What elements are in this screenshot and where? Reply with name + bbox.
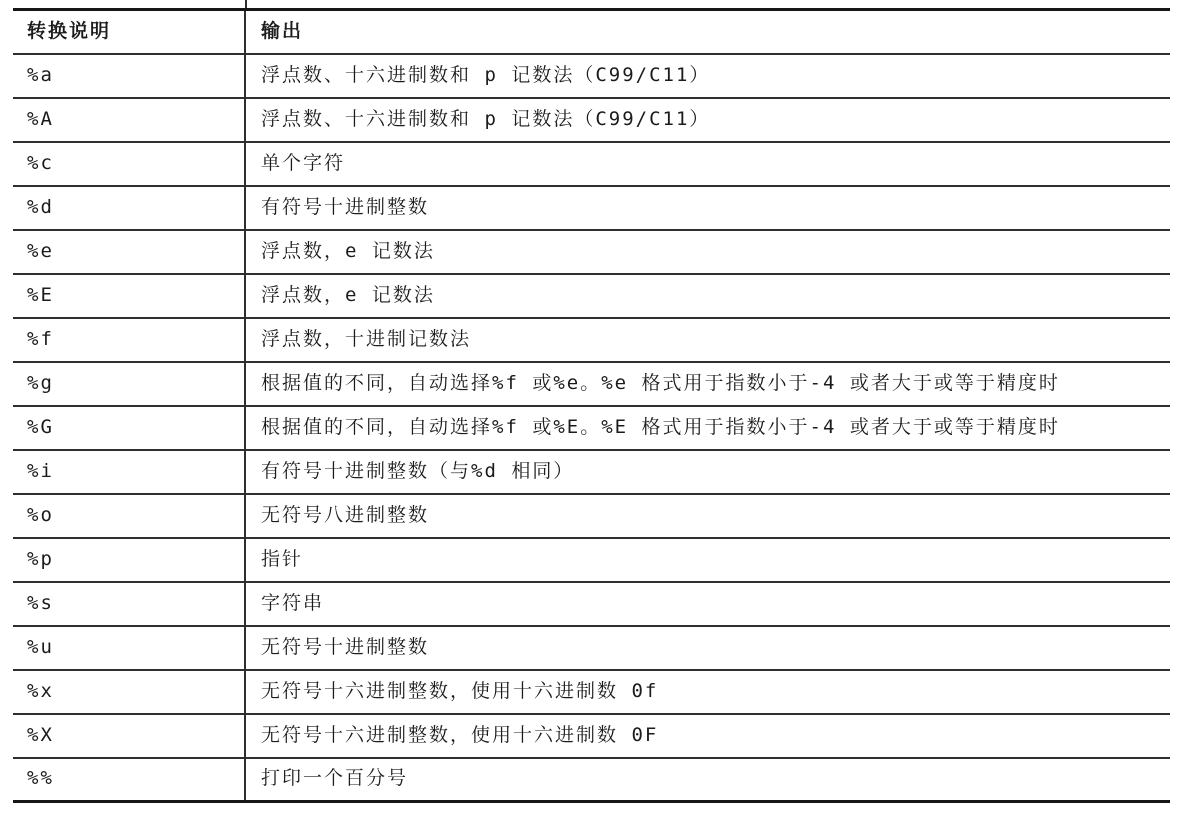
conversion-spec-cell: %a	[13, 54, 245, 98]
printf-conversion-table: 转换说明 输出 %a 浮点数、十六进制数和 p 记数法（C99/C11） %A …	[13, 8, 1170, 803]
table-header: 转换说明 输出	[13, 10, 1170, 54]
table-row: %a 浮点数、十六进制数和 p 记数法（C99/C11）	[13, 54, 1170, 98]
table-row: %f 浮点数，十进制记数法	[13, 318, 1170, 362]
column-header-conversion-spec: 转换说明	[13, 10, 245, 54]
table-row: %p 指针	[13, 538, 1170, 582]
conversion-spec-cell: %u	[13, 626, 245, 670]
table-row: %x 无符号十六进制整数，使用十六进制数 0f	[13, 670, 1170, 714]
output-description-cell: 无符号十进制整数	[245, 626, 1170, 670]
table-row: %e 浮点数，e 记数法	[13, 230, 1170, 274]
conversion-spec-cell: %f	[13, 318, 245, 362]
conversion-spec-cell: %s	[13, 582, 245, 626]
output-description-cell: 浮点数，e 记数法	[245, 230, 1170, 274]
column-header-output: 输出	[245, 10, 1170, 54]
conversion-spec-cell: %d	[13, 186, 245, 230]
output-description-cell: 浮点数，十进制记数法	[245, 318, 1170, 362]
conversion-spec-cell: %X	[13, 714, 245, 758]
output-description-cell: 根据值的不同，自动选择%f 或%E。%E 格式用于指数小于-4 或者大于或等于精…	[245, 406, 1170, 450]
conversion-spec-cell: %x	[13, 670, 245, 714]
conversion-spec-cell: %%	[13, 758, 245, 802]
table-row: %o 无符号八进制整数	[13, 494, 1170, 538]
conversion-spec-cell: %p	[13, 538, 245, 582]
table-row: %E 浮点数，e 记数法	[13, 274, 1170, 318]
table-body: %a 浮点数、十六进制数和 p 记数法（C99/C11） %A 浮点数、十六进制…	[13, 54, 1170, 802]
table-row: %A 浮点数、十六进制数和 p 记数法（C99/C11）	[13, 98, 1170, 142]
table-row: %u 无符号十进制整数	[13, 626, 1170, 670]
table-row: %d 有符号十进制整数	[13, 186, 1170, 230]
conversion-spec-cell: %g	[13, 362, 245, 406]
conversion-spec-cell: %G	[13, 406, 245, 450]
conversion-spec-cell: %e	[13, 230, 245, 274]
table-row: %g 根据值的不同，自动选择%f 或%e。%e 格式用于指数小于-4 或者大于或…	[13, 362, 1170, 406]
header-row: 转换说明 输出	[13, 10, 1170, 54]
output-description-cell: 无符号八进制整数	[245, 494, 1170, 538]
output-description-cell: 无符号十六进制整数，使用十六进制数 0f	[245, 670, 1170, 714]
output-description-cell: 无符号十六进制整数，使用十六进制数 0F	[245, 714, 1170, 758]
conversion-spec-cell: %o	[13, 494, 245, 538]
scanned-book-page: 转换说明 输出 %a 浮点数、十六进制数和 p 记数法（C99/C11） %A …	[0, 0, 1179, 820]
table-row: %X 无符号十六进制整数，使用十六进制数 0F	[13, 714, 1170, 758]
output-description-cell: 字符串	[245, 582, 1170, 626]
table-row: %c 单个字符	[13, 142, 1170, 186]
output-description-cell: 根据值的不同，自动选择%f 或%e。%e 格式用于指数小于-4 或者大于或等于精…	[245, 362, 1170, 406]
conversion-spec-cell: %A	[13, 98, 245, 142]
conversion-spec-cell: %E	[13, 274, 245, 318]
output-description-cell: 浮点数、十六进制数和 p 记数法（C99/C11）	[245, 54, 1170, 98]
output-description-cell: 指针	[245, 538, 1170, 582]
output-description-cell: 有符号十进制整数（与%d 相同）	[245, 450, 1170, 494]
table-row: %% 打印一个百分号	[13, 758, 1170, 802]
output-description-cell: 单个字符	[245, 142, 1170, 186]
output-description-cell: 打印一个百分号	[245, 758, 1170, 802]
output-description-cell: 浮点数、十六进制数和 p 记数法（C99/C11）	[245, 98, 1170, 142]
output-description-cell: 有符号十进制整数	[245, 186, 1170, 230]
conversion-spec-cell: %i	[13, 450, 245, 494]
table-row: %s 字符串	[13, 582, 1170, 626]
table-row: %G 根据值的不同，自动选择%f 或%E。%E 格式用于指数小于-4 或者大于或…	[13, 406, 1170, 450]
conversion-spec-cell: %c	[13, 142, 245, 186]
table-row: %i 有符号十进制整数（与%d 相同）	[13, 450, 1170, 494]
output-description-cell: 浮点数，e 记数法	[245, 274, 1170, 318]
